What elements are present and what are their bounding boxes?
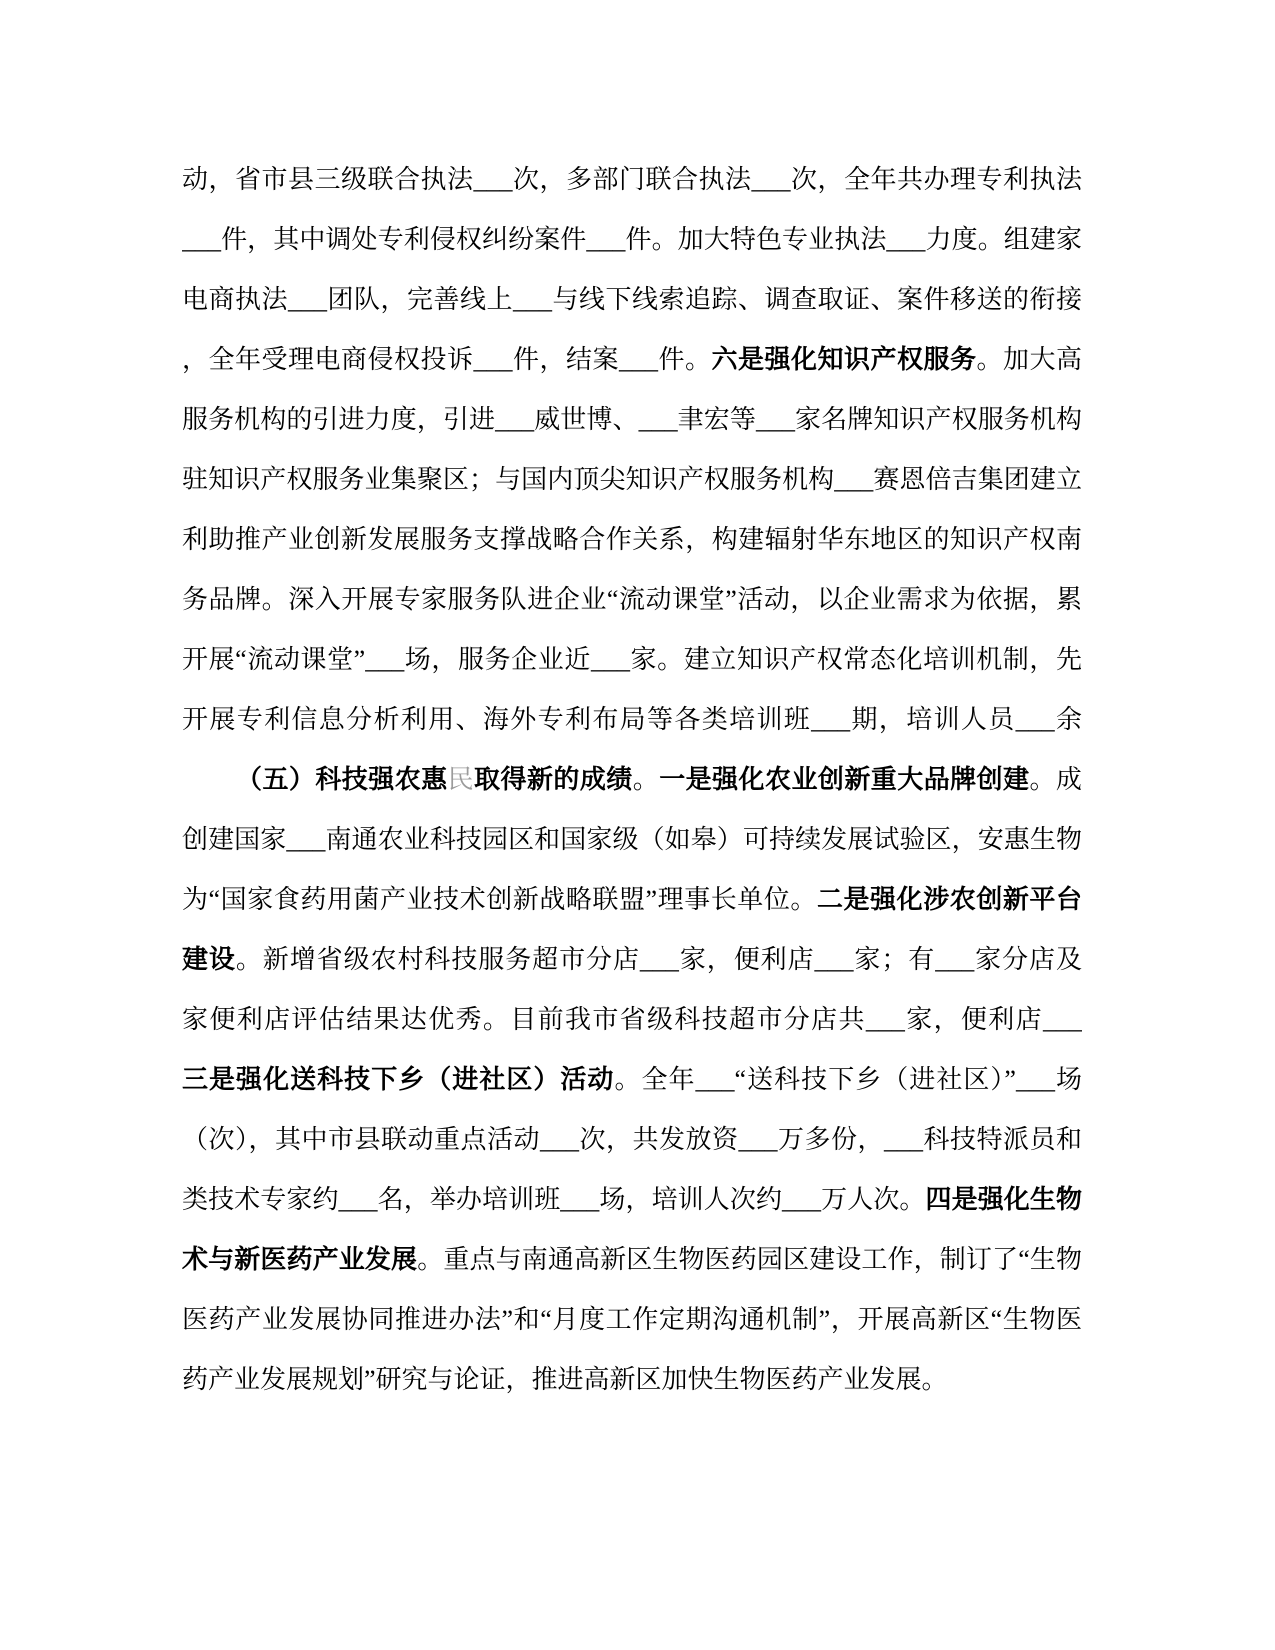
- document-page: 动，省市县三级联合执法___次，多部门联合执法___次，全年共办理专利执法案件_…: [0, 0, 1275, 1650]
- text-run: 。: [633, 765, 659, 794]
- text-line: 药产业发展规划”研究与论证，推进高新区加快生物医药产业发展。: [182, 1350, 1082, 1410]
- bold-text-run: 三是强化送科技下乡（进社区）活动: [182, 1065, 614, 1094]
- text-run: 。全年___“送科技下乡（进社区）”___场: [614, 1065, 1082, 1094]
- text-line: 建设。新增省级农村科技服务超市分店___家，便利店___家；有___家分店及__…: [182, 930, 1082, 990]
- text-line: 医药产业发展协同推进办法”和“月度工作定期沟通机制”，开展高新区“生物医: [182, 1290, 1082, 1350]
- text-run: ___件，其中调处专利侵权纠纷案件___件。加大特色专业执法___力度。组建家纺: [182, 225, 1082, 270]
- text-line: 类技术专家约___名，举办培训班___场，培训人次约___万人次。四是强化生物技: [182, 1170, 1082, 1230]
- text-line: 驻知识产权服务业集聚区；与国内顶尖知识产权服务机构___赛恩倍吉集团建立专: [182, 450, 1082, 510]
- bold-text-run: 六是强化知识产权服务: [711, 345, 976, 374]
- text-line: ___件，其中调处专利侵权纠纷案件___件。加大特色专业执法___力度。组建家纺: [182, 210, 1082, 270]
- bold-text-run: （五）科技强农惠: [236, 765, 448, 794]
- text-run: 家便利店评估结果达优秀。目前我市省级科技超市分店共___家，便利店___家。: [182, 1005, 1082, 1050]
- text-line: 务品牌。深入开展专家服务队进企业“流动课堂”活动，以企业需求为依据，累计: [182, 570, 1082, 630]
- text-line: 服务机构的引进力度，引进___威世博、___聿宏等___家名牌知识产权服务机构入: [182, 390, 1082, 450]
- text-run: 。新增省级农村科技服务超市分店___家，便利店___家；有___家分店及___: [182, 945, 1082, 990]
- text-run: ，全年受理电商侵权投诉___件，结案___件。: [182, 345, 711, 374]
- text-run: 务品牌。深入开展专家服务队进企业“流动课堂”活动，以企业需求为依据，累计: [182, 585, 1082, 630]
- text-line: 电商执法___团队，完善线上___与线下线索追踪、调查取证、案件移送的衔接机制: [182, 270, 1082, 330]
- text-run: 医药产业发展协同推进办法”和“月度工作定期沟通机制”，开展高新区“生物医: [182, 1305, 1082, 1334]
- text-run: 电商执法___团队，完善线上___与线下线索追踪、调查取证、案件移送的衔接机制: [182, 285, 1082, 330]
- text-run: 药产业发展规划”研究与论证，推进高新区加快生物医药产业发展。: [182, 1365, 948, 1394]
- text-line: 开展专利信息分析利用、海外专利布局等各类培训班___期，培训人员___余名。: [182, 690, 1082, 750]
- grey-text-run: 民: [448, 765, 474, 794]
- text-run: 利助推产业创新发展服务支撑战略合作关系，构建辐射华东地区的知识产权南通服: [182, 525, 1082, 570]
- text-run: 开展“流动课堂”___场，服务企业近___家。建立知识产权常态化培训机制，先后: [182, 645, 1082, 690]
- bold-text-run: 取得新的成绩: [474, 765, 633, 794]
- text-line: （次），其中市县联动重点活动___次，共发放资___万多份，___科技特派员和各: [182, 1110, 1082, 1170]
- text-run: 驻知识产权服务业集聚区；与国内顶尖知识产权服务机构___赛恩倍吉集团建立专: [182, 465, 1082, 510]
- text-run: 动，省市县三级联合执法___次，多部门联合执法___次，全年共办理专利执法案件: [182, 165, 1082, 210]
- bold-text-run: 建设: [182, 945, 236, 974]
- text-line: 为“国家食药用菌产业技术创新战略联盟”理事长单位。二是强化涉农创新平台: [182, 870, 1082, 930]
- text-line: 动，省市县三级联合执法___次，多部门联合执法___次，全年共办理专利执法案件: [182, 150, 1082, 210]
- text-line: ，全年受理电商侵权投诉___件，结案___件。六是强化知识产权服务。加大高端: [182, 330, 1082, 390]
- text-line: 开展“流动课堂”___场，服务企业近___家。建立知识产权常态化培训机制，先后: [182, 630, 1082, 690]
- text-run: （次），其中市县联动重点活动___次，共发放资___万多份，___科技特派员和各: [182, 1125, 1082, 1170]
- text-line: 三是强化送科技下乡（进社区）活动。全年___“送科技下乡（进社区）”___场: [182, 1050, 1082, 1110]
- text-run: 服务机构的引进力度，引进___威世博、___聿宏等___家名牌知识产权服务机构入: [182, 405, 1082, 450]
- bold-text-run: 术与新医药产业发展: [182, 1245, 417, 1274]
- text-run: 。重点与南通高新区生物医药园区建设工作，制订了“生物: [417, 1245, 1082, 1274]
- text-run: 开展专利信息分析利用、海外专利布局等各类培训班___期，培训人员___余名。: [182, 705, 1082, 750]
- text-line: 创建国家___南通农业科技园区和国家级（如皋）可持续发展试验区，安惠生物成: [182, 810, 1082, 870]
- text-line: （五）科技强农惠民取得新的成绩。一是强化农业创新重大品牌创建。成功: [182, 750, 1082, 810]
- text-run: 创建国家___南通农业科技园区和国家级（如皋）可持续发展试验区，安惠生物成: [182, 825, 1082, 870]
- text-run: 为“国家食药用菌产业技术创新战略联盟”理事长单位。: [182, 885, 817, 914]
- text-run: 类技术专家约___名，举办培训班___场，培训人次约___万人次。: [182, 1185, 926, 1214]
- bold-text-run: 二是强化涉农创新平台: [817, 885, 1082, 914]
- text-line: 家便利店评估结果达优秀。目前我市省级科技超市分店共___家，便利店___家。: [182, 990, 1082, 1050]
- text-line: 术与新医药产业发展。重点与南通高新区生物医药园区建设工作，制订了“生物: [182, 1230, 1082, 1290]
- text-line: 利助推产业创新发展服务支撑战略合作关系，构建辐射华东地区的知识产权南通服: [182, 510, 1082, 570]
- bold-text-run: 一是强化农业创新重大品牌创建: [659, 765, 1029, 794]
- document-body: 动，省市县三级联合执法___次，多部门联合执法___次，全年共办理专利执法案件_…: [182, 150, 1082, 1410]
